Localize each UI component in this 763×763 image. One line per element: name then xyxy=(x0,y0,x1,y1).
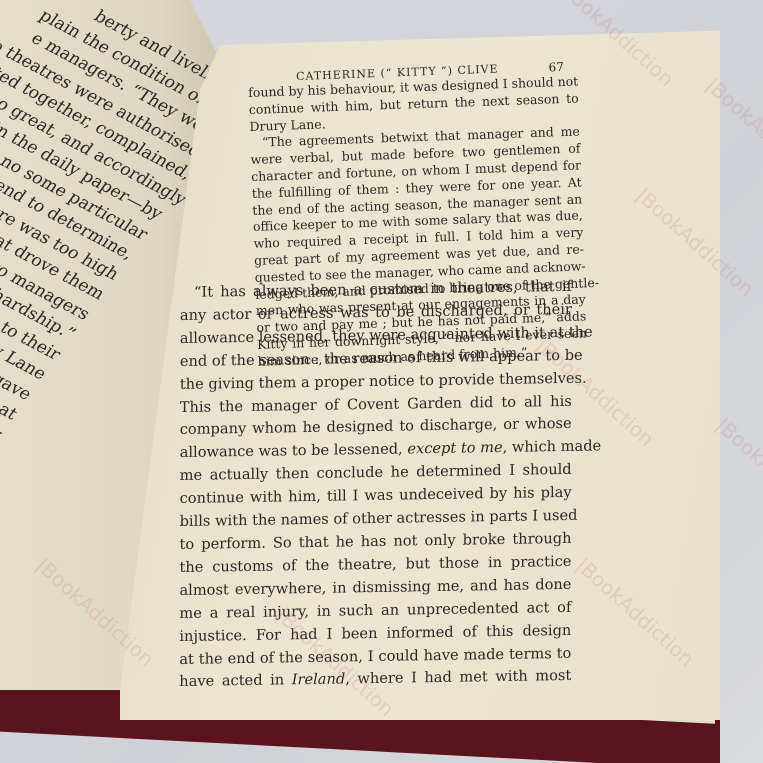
text-fragment: , where I had met with most xyxy=(345,667,571,688)
book-photo: berty and livelihoodplain the condition … xyxy=(0,0,763,763)
lower-paragraph: “It has always been a custom in theatres… xyxy=(179,276,572,695)
text-fragment: have acted in xyxy=(179,672,291,691)
italic-fragment: except to me xyxy=(407,439,502,457)
page-number: 67 xyxy=(548,60,564,75)
italic-fragment: Ireland xyxy=(292,671,346,689)
text-fragment: , which made xyxy=(503,438,602,457)
text-fragment: allowance was to be lessened, xyxy=(180,441,408,462)
